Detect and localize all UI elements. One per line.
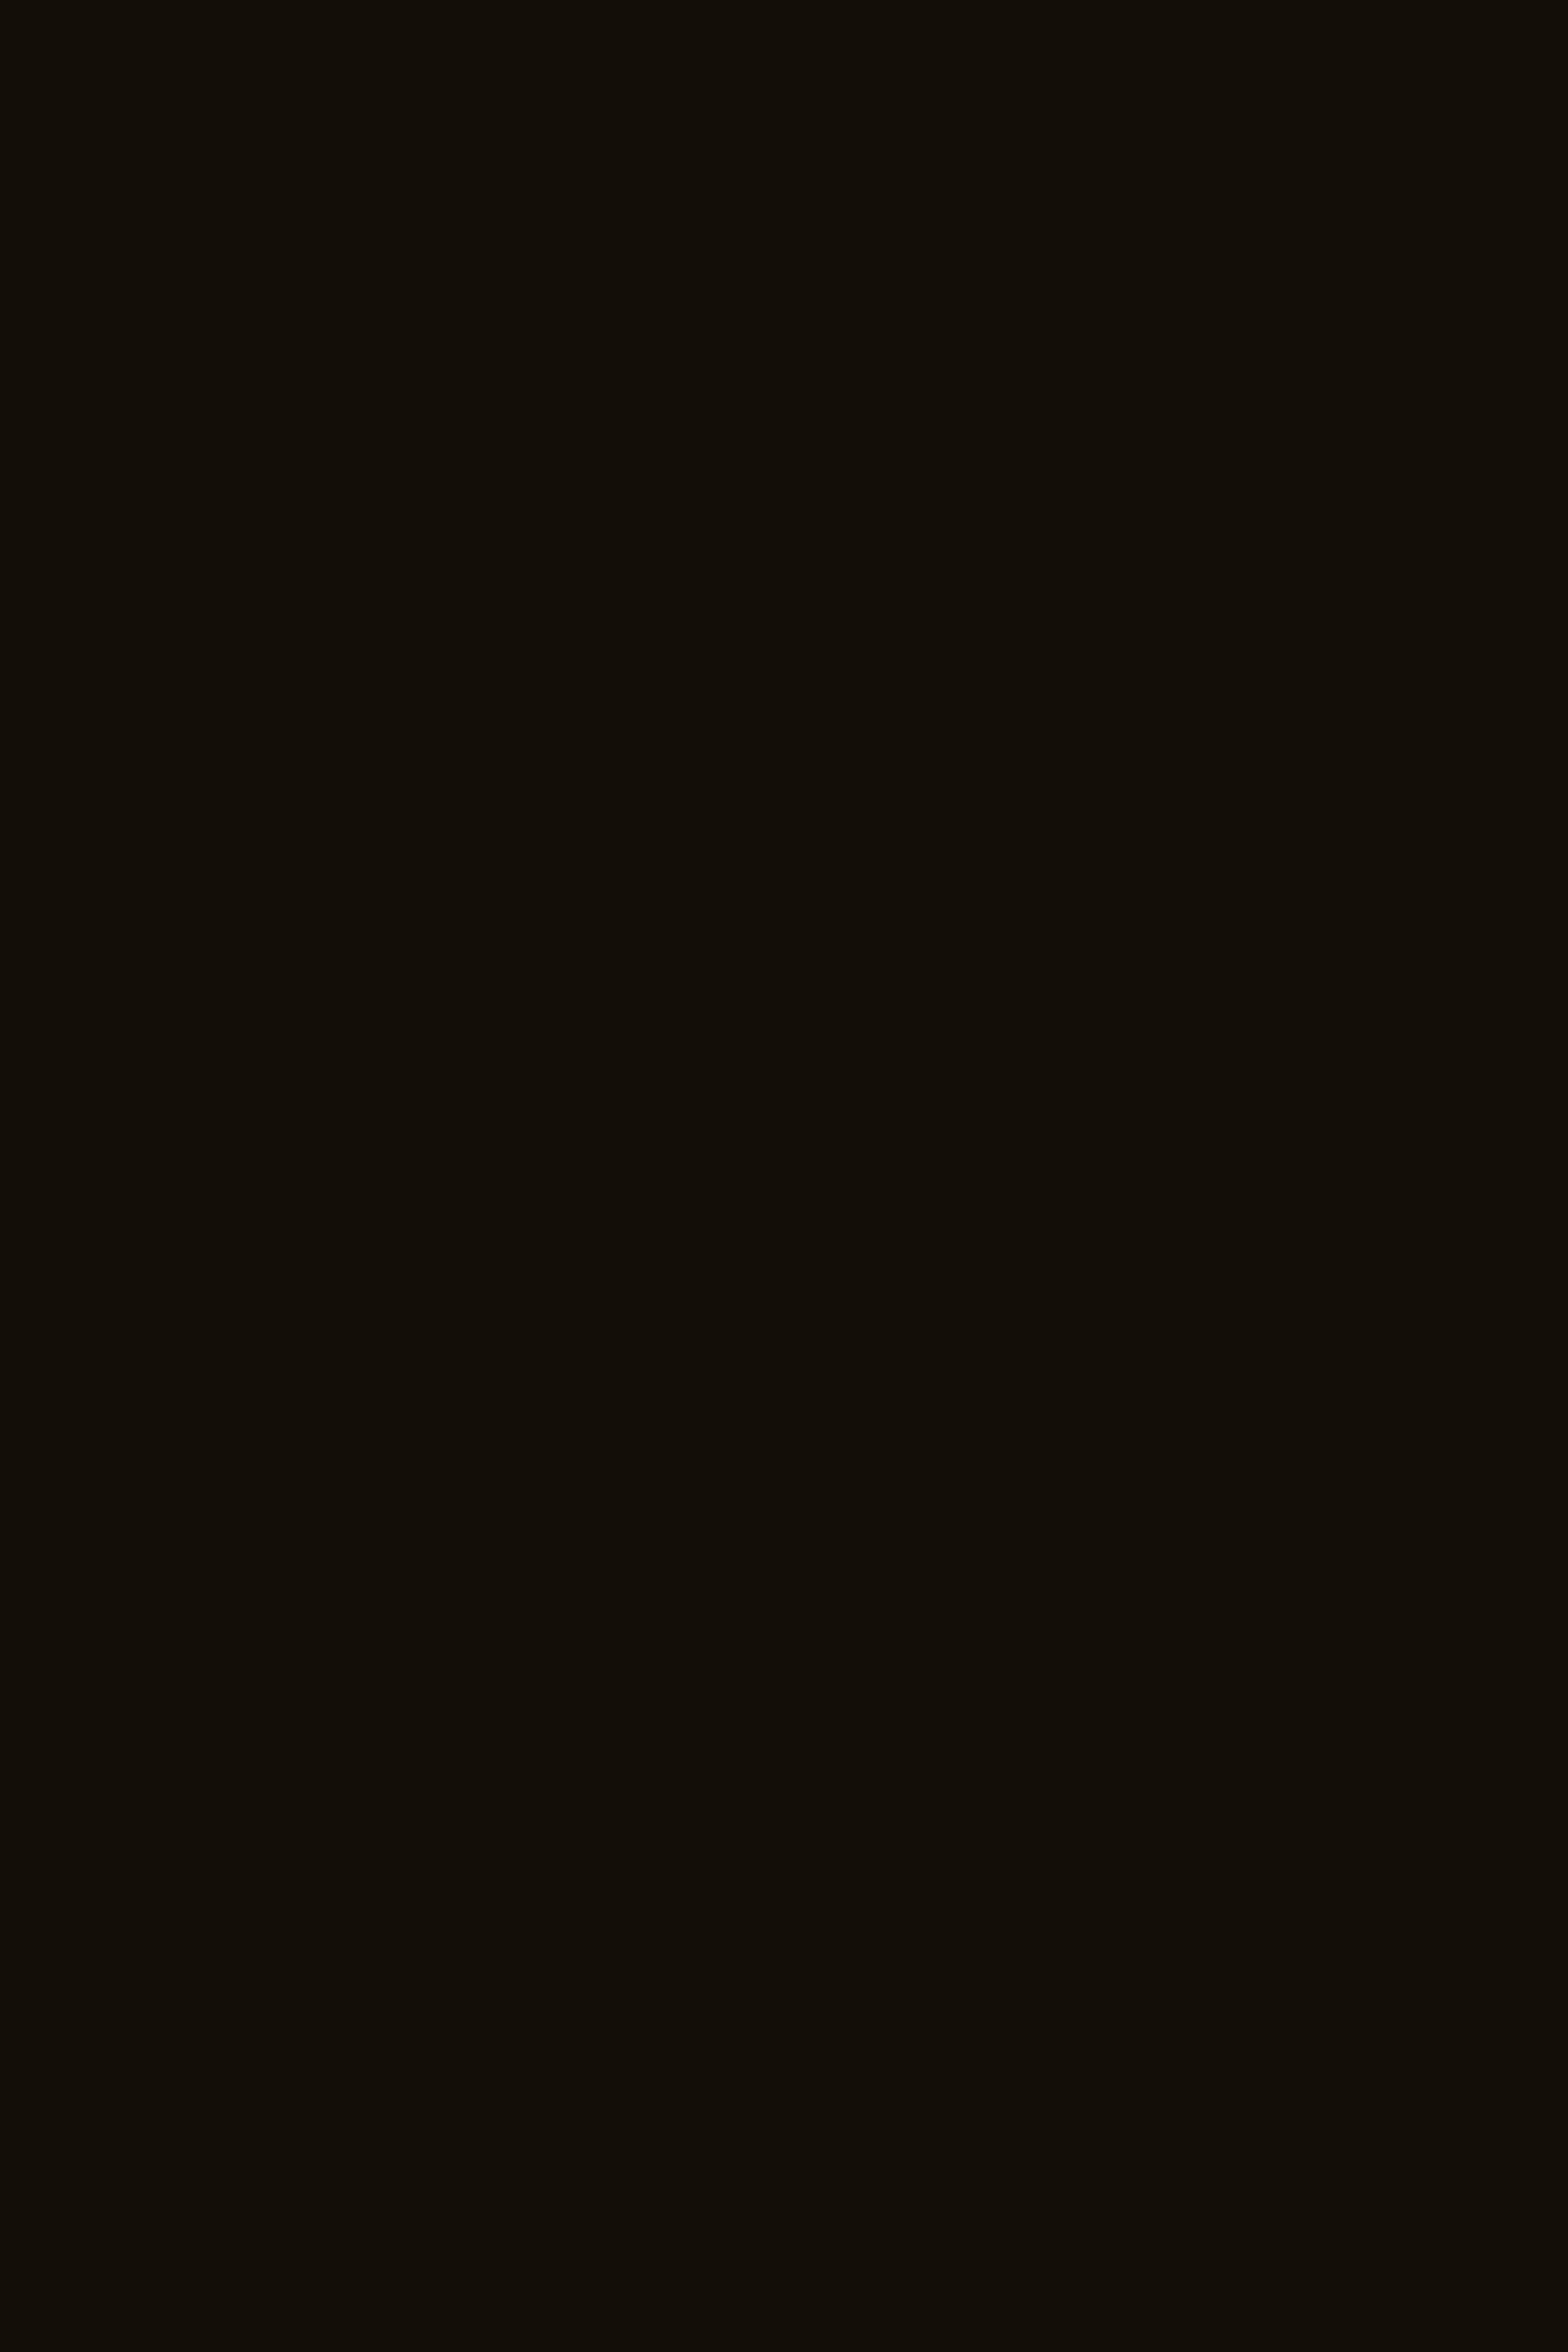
manuscript-photo: + 291 b la dret ho dispon Exemptio dema … [0,0,1568,2352]
photo-backing-top [0,0,1568,2352]
